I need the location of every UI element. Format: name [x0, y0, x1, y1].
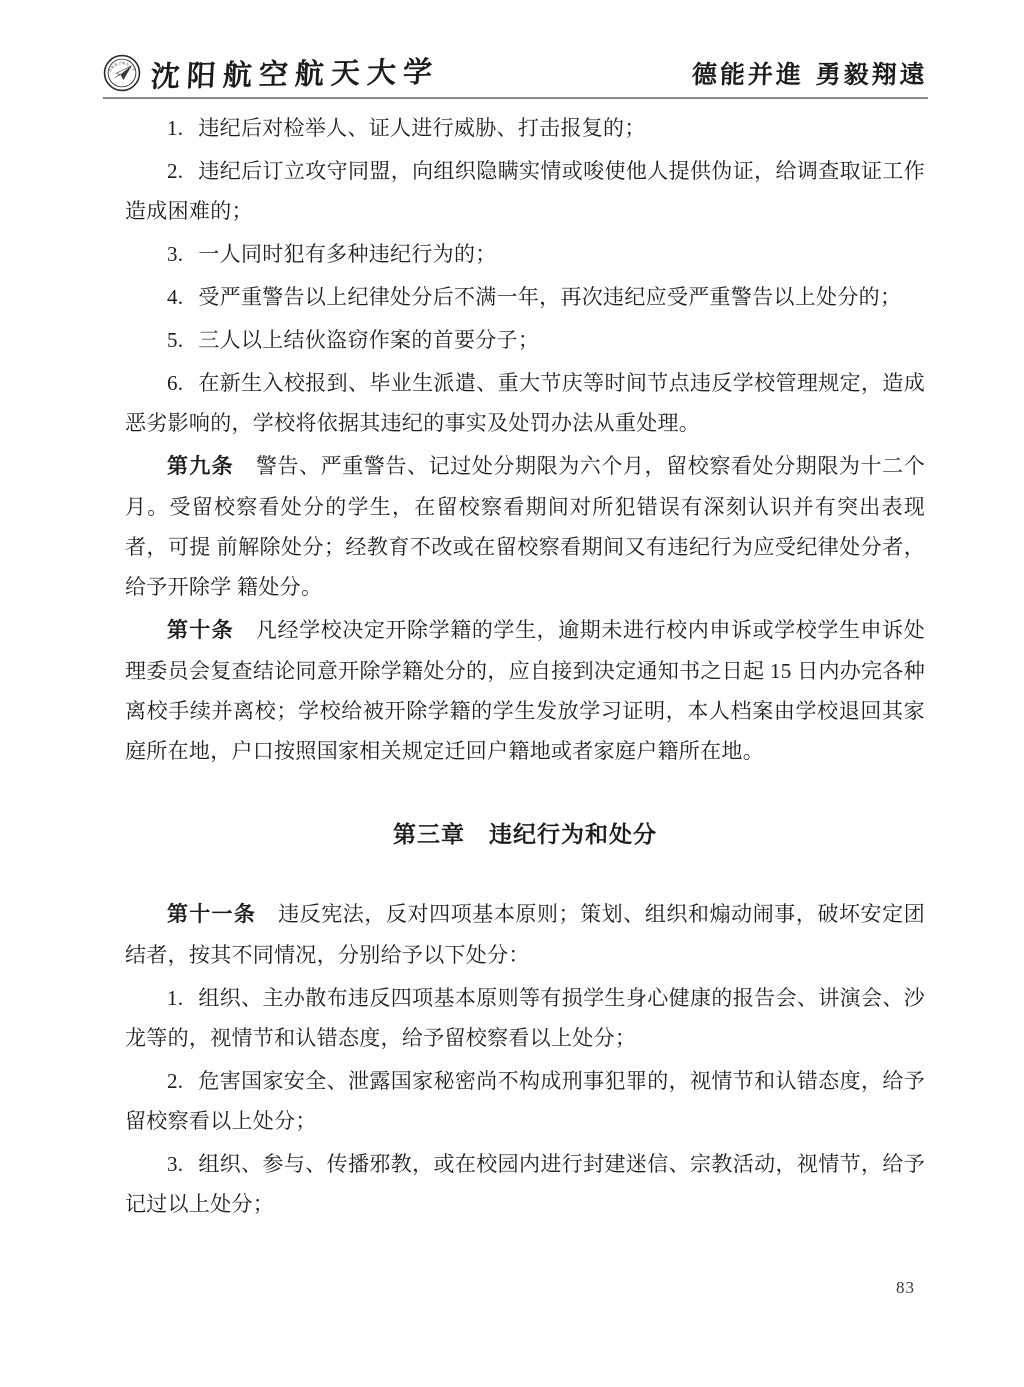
- document-page: 沈阳航空航天大学 沈阳航空航天大学 德能并進 勇毅翔遠 1.违纪后对检举人、证人…: [0, 0, 1024, 1387]
- item-number: 6.: [167, 371, 183, 395]
- list-item-3: 3.一人同时犯有多种违纪行为的；: [125, 234, 925, 274]
- list-item-6: 6.在新生入校报到、毕业生派遣、重大节庆等时间节点违反学校管理规定，造成恶劣影响…: [125, 363, 925, 443]
- list-item-ch3-3: 3.组织、参与、传播邪教，或在校园内进行封建迷信、宗教活动，视情节，给予记过以上…: [125, 1144, 925, 1224]
- article-term: 第十条: [167, 619, 234, 642]
- list-item-5: 5.三人以上结伙盗窃作案的首要分子；: [125, 320, 925, 360]
- list-item-1: 1.违纪后对检举人、证人进行威胁、打击报复的；: [125, 108, 925, 148]
- item-text: 三人以上结伙盗窃作案的首要分子；: [198, 328, 539, 352]
- item-number: 3.: [167, 242, 183, 266]
- school-motto-calligraphy: 德能并進 勇毅翔遠: [692, 55, 929, 93]
- item-text: 组织、参与、传播邪教，或在校园内进行封建迷信、宗教活动，视情节，给予记过以上处分…: [125, 1152, 925, 1216]
- header-left: 沈阳航空航天大学 沈阳航空航天大学: [103, 52, 439, 93]
- item-text: 违纪后对检举人、证人进行威胁、打击报复的；: [198, 116, 645, 140]
- item-text: 在新生入校报到、毕业生派遣、重大节庆等时间节点违反学校管理规定，造成恶劣影响的，…: [125, 371, 925, 435]
- chapter-heading: 第三章 违纪行为和处分: [125, 818, 925, 850]
- article-9: 第九条警告、严重警告、记过处分期限为六个月，留校察看处分期限为十二个月。受留校察…: [125, 446, 925, 607]
- article-text: 警告、严重警告、记过处分期限为六个月，留校察看处分期限为十二个月。受留校察看处分…: [125, 454, 925, 599]
- item-number: 1.: [167, 986, 183, 1010]
- item-text: 一人同时犯有多种违纪行为的；: [198, 242, 496, 266]
- list-item-ch3-2: 2.危害国家安全、泄露国家秘密尚不构成刑事犯罪的，视情节和认错态度，给予留校察看…: [125, 1061, 925, 1141]
- article-10: 第十条凡经学校决定开除学籍的学生，逾期未进行校内申诉或学校学生申诉处理委员会复查…: [125, 610, 925, 771]
- article-text: 凡经学校决定开除学籍的学生，逾期未进行校内申诉或学校学生申诉处理委员会复查结论同…: [125, 618, 925, 763]
- page-header: 沈阳航空航天大学 沈阳航空航天大学 德能并進 勇毅翔遠: [103, 52, 928, 99]
- list-item-ch3-1: 1.组织、主办散布违反四项基本原则等有损学生身心健康的报告会、讲演会、沙龙等的，…: [125, 978, 925, 1058]
- document-body: 1.违纪后对检举人、证人进行威胁、打击报复的； 2.违纪后订立攻守同盟，向组织隐…: [125, 108, 925, 1227]
- page-number: 83: [896, 1278, 915, 1298]
- article-11: 第十一条违反宪法，反对四项基本原则；策划、组织和煽动闹事，破坏安定团结者，按其不…: [125, 894, 925, 975]
- item-number: 4.: [167, 285, 183, 309]
- item-text: 危害国家安全、泄露国家秘密尚不构成刑事犯罪的，视情节和认错态度，给予留校察看以上…: [125, 1069, 925, 1133]
- item-text: 违纪后订立攻守同盟，向组织隐瞒实情或唆使他人提供伪证，给调查取证工作造成困难的；: [125, 159, 925, 223]
- school-name-calligraphy: 沈阳航空航天大学: [150, 49, 440, 95]
- article-term: 第十一条: [167, 903, 256, 926]
- item-text: 受严重警告以上纪律处分后不满一年，再次违纪应受严重警告以上处分的；: [198, 285, 901, 309]
- item-number: 3.: [167, 1152, 183, 1176]
- item-number: 2.: [167, 159, 183, 183]
- item-number: 2.: [167, 1069, 183, 1093]
- list-item-4: 4.受严重警告以上纪律处分后不满一年，再次违纪应受严重警告以上处分的；: [125, 277, 925, 317]
- item-text: 组织、主办散布违反四项基本原则等有损学生身心健康的报告会、讲演会、沙龙等的，视情…: [125, 986, 925, 1050]
- list-item-2: 2.违纪后订立攻守同盟，向组织隐瞒实情或唆使他人提供伪证，给调查取证工作造成困难…: [125, 151, 925, 231]
- university-seal-icon: 沈阳航空航天大学: [103, 54, 141, 92]
- item-number: 5.: [167, 328, 183, 352]
- article-term: 第九条: [167, 455, 234, 478]
- item-number: 1.: [167, 116, 183, 140]
